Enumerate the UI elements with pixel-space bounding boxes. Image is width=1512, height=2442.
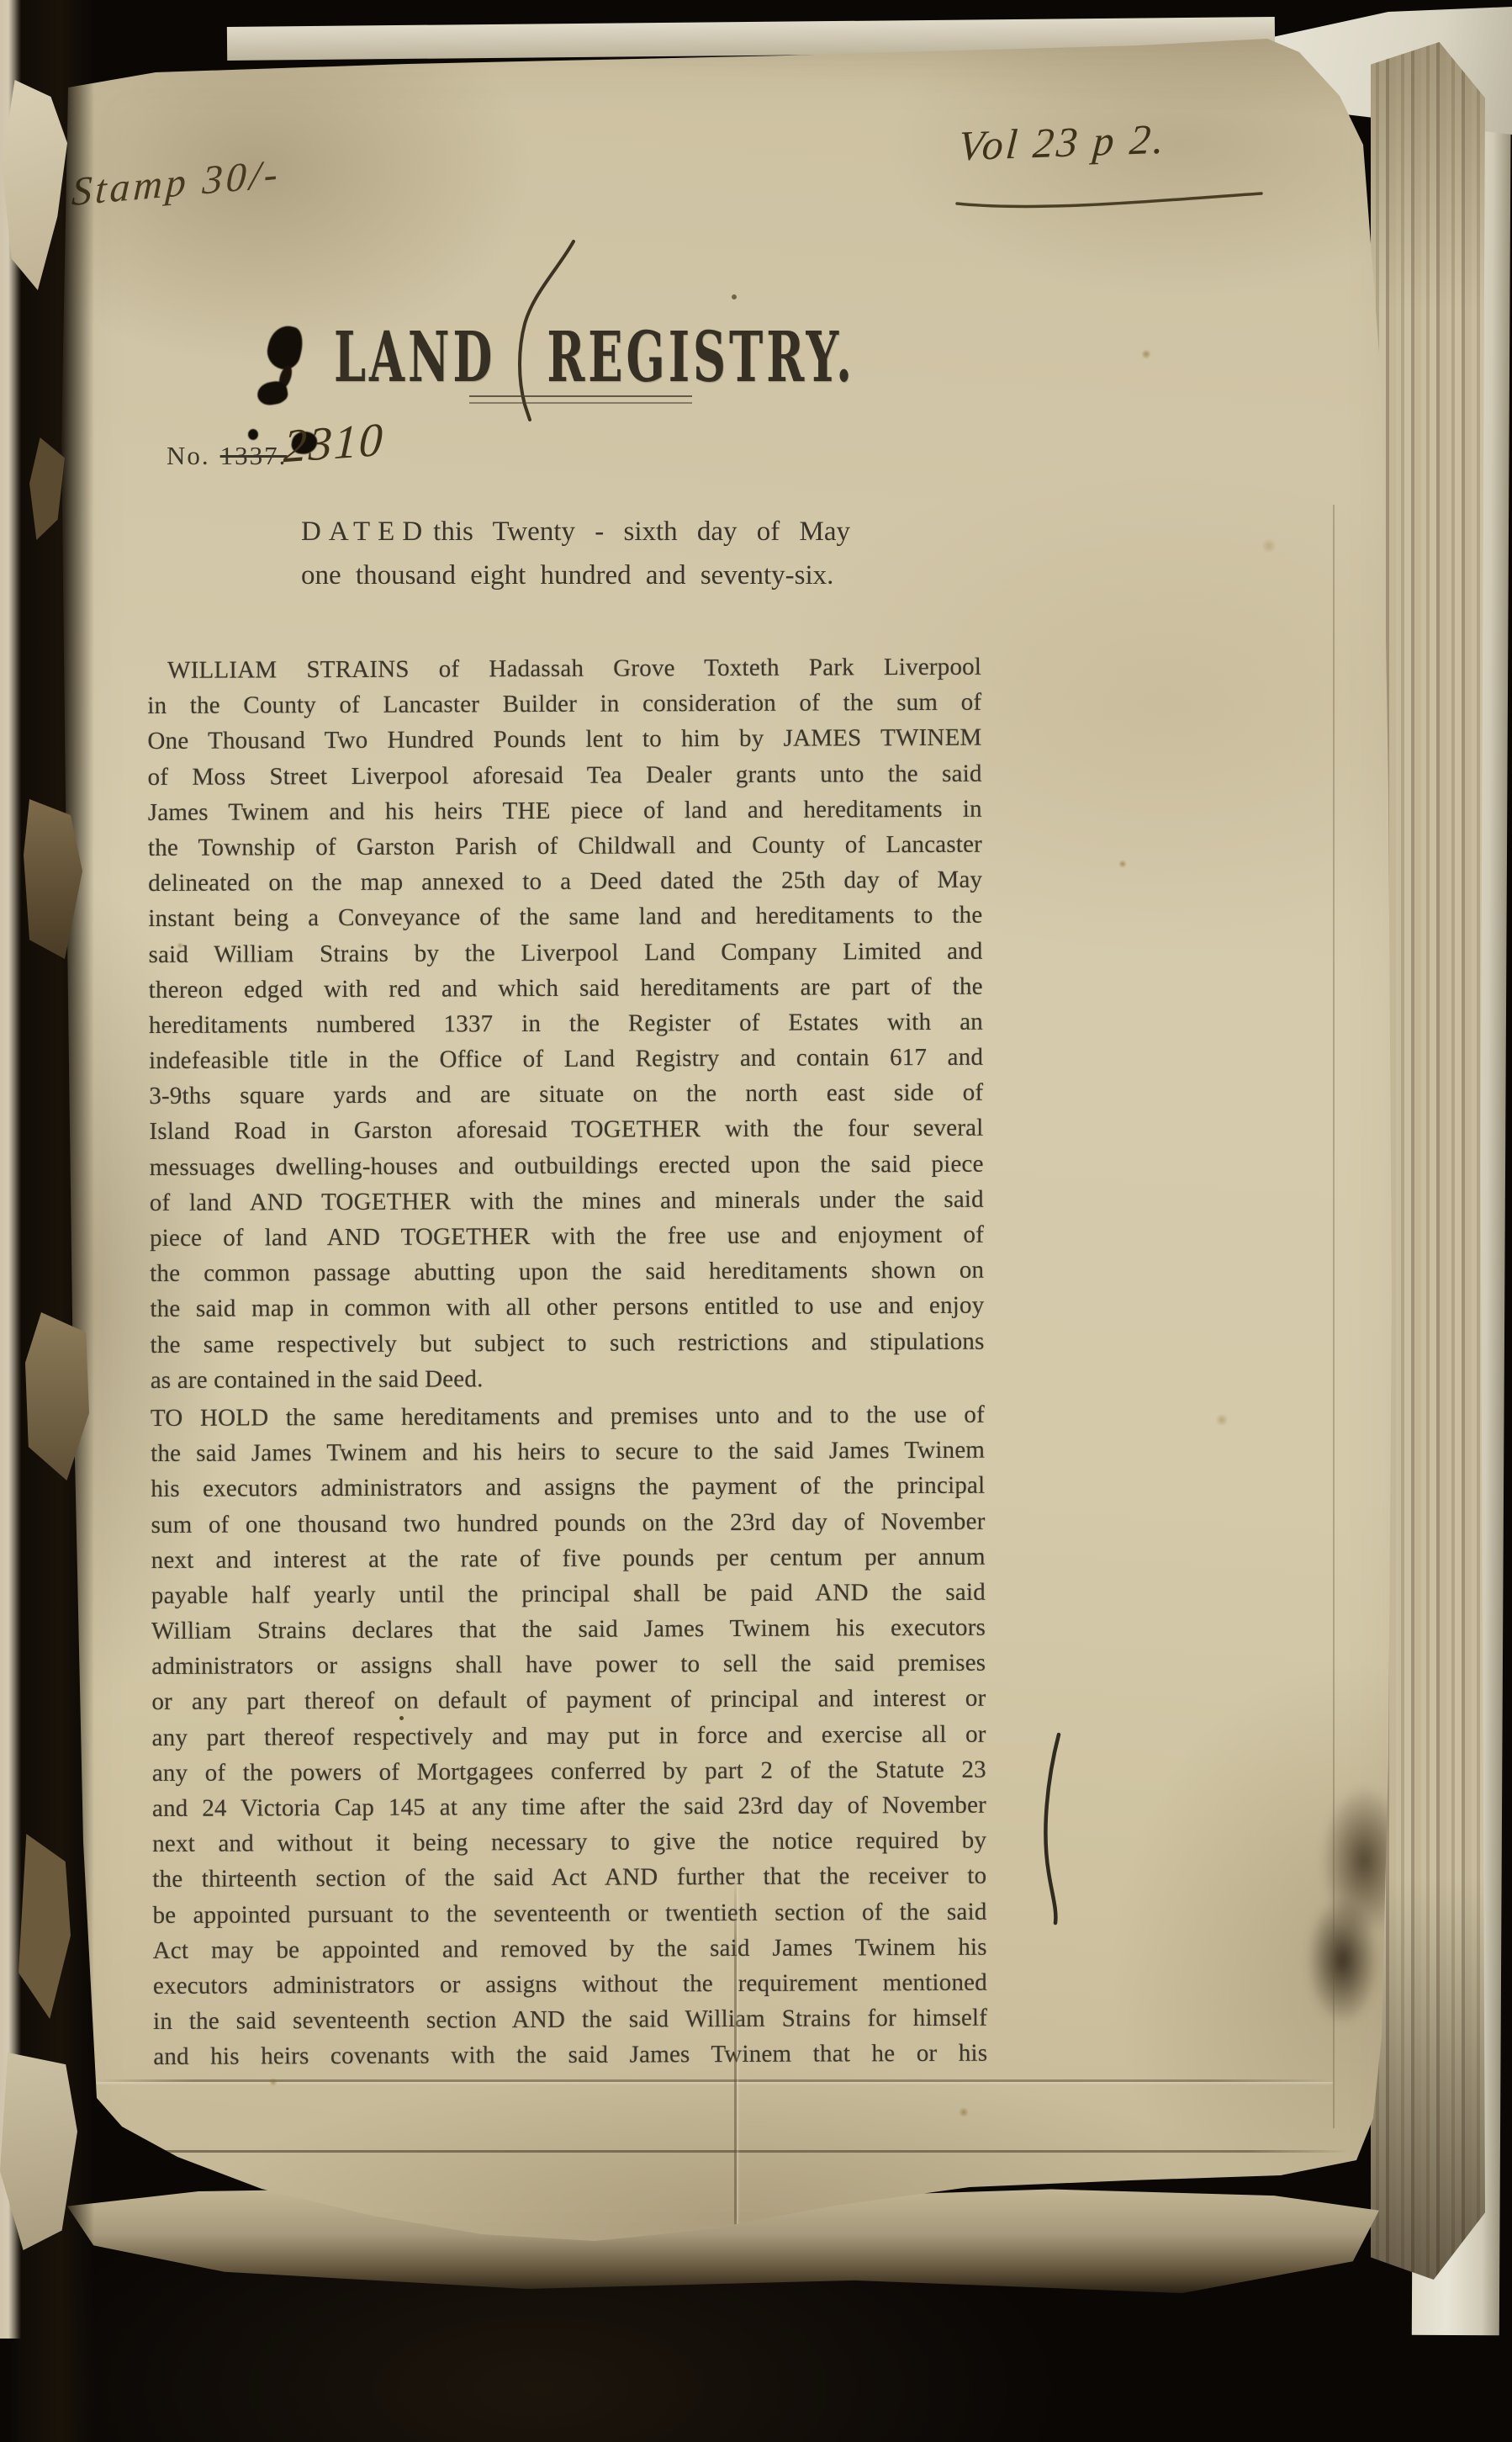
body-text-line: James Twinem and his heirs THE piece of …	[148, 791, 982, 830]
body-text-line: thereon edged with red and which said he…	[149, 968, 983, 1008]
body-text-line: next and without it being necessary to g…	[152, 1823, 986, 1862]
stain-spot	[732, 294, 737, 299]
body-text-line: of land AND TOGETHER with the mines and …	[150, 1181, 984, 1221]
body-text-line: delineated on the map annexed to a Deed …	[148, 862, 982, 902]
body-text-line: the said map in common with all other pe…	[150, 1288, 984, 1327]
dated-word: DATED	[301, 516, 430, 547]
body-text-line: indefeasible title in the Office of Land…	[149, 1040, 983, 1079]
body-text-line: William Strains declares that the said J…	[151, 1610, 986, 1650]
body-text-line: sum of one thousand two hundred pounds o…	[151, 1503, 985, 1543]
body-text-line: piece of land AND TOGETHER with the free…	[150, 1217, 984, 1257]
body-text-line: said William Strains by the Liverpool La…	[148, 933, 982, 972]
fold-crease-horizontal	[97, 2079, 1333, 2082]
body-text-line: of Moss Street Liverpool aforesaid Tea D…	[148, 755, 982, 795]
stain-spot	[1043, 135, 1055, 146]
body-text-line: executors administrators or assigns with…	[153, 1965, 987, 2005]
number-printed-struck: 1337.	[220, 441, 288, 470]
body-text-line: and 24 Victoria Cap 145 at any time afte…	[152, 1788, 986, 1827]
body-text-line: 3-9ths square yards and are situate on t…	[149, 1075, 983, 1115]
handwritten-stamp-note: Stamp 30/-	[71, 151, 282, 215]
fold-crease-horizontal	[80, 2150, 1350, 2153]
body-text-line: payable half yearly until the principal …	[151, 1575, 986, 1614]
body-text-line: in the County of Lancaster Builder in co…	[147, 685, 981, 724]
body-text-line: next and interest at the rate of five po…	[151, 1539, 986, 1578]
body-text-line: any part thereof respectively and may pu…	[152, 1716, 986, 1756]
body-text-line: his executors administrators and assigns…	[151, 1468, 985, 1507]
fold-crease-vertical	[734, 1876, 737, 2275]
body-text-line: instant being a Conveyance of the same l…	[148, 898, 982, 937]
number-label: No.	[167, 441, 210, 470]
handwritten-registry-number: 2310	[283, 413, 385, 474]
body-text-line: the said James Twinem and his heirs to s…	[151, 1433, 985, 1472]
body-text-line: in the said seventeenth section AND the …	[153, 2000, 987, 2040]
body-text-line: One Thousand Two Hundred Pounds lent to …	[147, 720, 981, 760]
page-title: LAND REGISTRY.	[334, 317, 855, 398]
body-text-line: Island Road in Garston aforesaid TOGETHE…	[149, 1110, 983, 1150]
stain-spot	[177, 942, 183, 949]
deed-body-text: WILLIAM STRAINS of Hadassah Grove Toxtet…	[147, 649, 987, 2075]
body-text-line: or any part thereof on default of paymen…	[151, 1681, 986, 1720]
dated-line-1: DATEDthis Twenty - sixth day of May	[301, 516, 850, 548]
stain-spot	[399, 1716, 404, 1720]
fold-crease-right	[1333, 505, 1335, 2128]
body-text-line: be appointed pursuant to the seventeenth…	[152, 1894, 986, 1933]
stain-spot	[1215, 1413, 1229, 1427]
body-text-line: the common passage abutting upon the sai…	[150, 1253, 984, 1292]
body-text-line: WILLIAM STRAINS of Hadassah Grove Toxtet…	[147, 649, 981, 689]
dated-line-1-rest: this Twenty - sixth day of May	[433, 516, 850, 547]
title-double-rule	[469, 395, 692, 404]
stain-spot	[635, 1590, 639, 1594]
volume-note-underline-flourish	[950, 187, 1270, 212]
body-text-line: TO HOLD the same hereditaments and premi…	[151, 1397, 985, 1437]
margin-pen-stroke	[1030, 1731, 1081, 1929]
body-text-line: hereditaments numbered 1337 in the Regis…	[149, 1004, 983, 1044]
body-text-line: as are contained in the said Deed.	[151, 1359, 985, 1398]
body-text-line: the thirteenth section of the said Act A…	[152, 1858, 986, 1898]
body-text-line: the Township of Garston Parish of Childw…	[148, 827, 982, 866]
dated-line-2: one thousand eight hundred and seventy-s…	[301, 560, 833, 591]
deed-paragraph-to-hold: TO HOLD the same hereditaments and premi…	[151, 1397, 987, 2075]
body-text-line: administrators or assigns shall have pow…	[151, 1645, 986, 1685]
stain-spot	[1261, 538, 1277, 554]
body-text-line: messuages dwelling-houses and outbuildin…	[150, 1146, 984, 1185]
ink-blot	[263, 322, 306, 373]
registry-number-line: No.1337.	[167, 441, 287, 471]
deed-paragraph-grant: WILLIAM STRAINS of Hadassah Grove Toxtet…	[147, 649, 985, 1398]
stain-spot	[1118, 860, 1127, 868]
body-text-line: Act may be appointed and removed by the …	[153, 1929, 987, 1968]
ink-blot	[256, 379, 289, 407]
stain-spot	[579, 1016, 587, 1025]
stain-spot	[1141, 349, 1151, 359]
document-page: Vol 23 p 2. Stamp 30/- LAND REGISTRY. No…	[46, 34, 1425, 2288]
body-text-line: and his heirs covenants with the said Ja…	[153, 2036, 987, 2075]
body-text-line: the same respectively but subject to suc…	[150, 1323, 984, 1363]
stain-spot	[269, 2078, 278, 2086]
stain-spot	[959, 2107, 969, 2117]
body-text-line: any of the powers of Mortgagees conferre…	[152, 1751, 986, 1791]
ink-blot	[248, 429, 258, 440]
handwritten-volume-note: Vol 23 p 2.	[957, 114, 1168, 171]
